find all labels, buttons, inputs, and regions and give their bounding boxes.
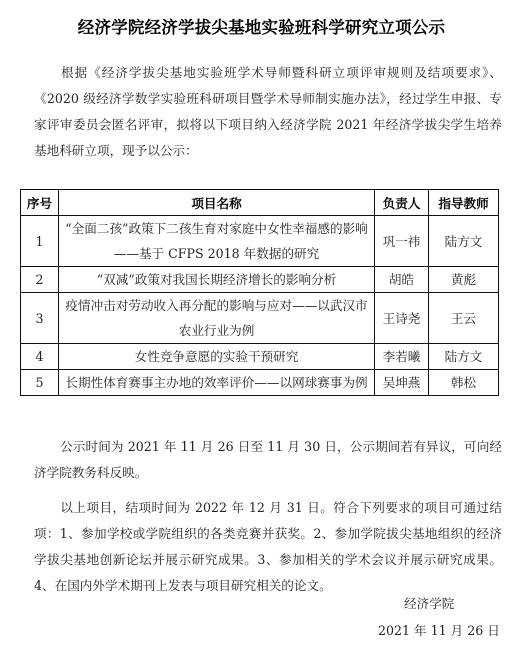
table-row: 1 “全面二孩”政策下二孩生育对家庭中女性幸福感的影响——基于 CFPS 201… (21, 216, 499, 267)
cell-project-name: “双减”政策对我国长期经济增长的影响分析 (59, 267, 375, 293)
cell-leader: 王诗尧 (375, 293, 429, 344)
header-advisor: 指导教师 (429, 190, 499, 216)
table-row: 5 长期性体育赛事主办地的效率评价——以网球赛事为例 吴坤燕 韩松 (21, 370, 499, 396)
cell-leader: 吴坤燕 (375, 370, 429, 396)
cell-advisor: 韩松 (429, 370, 499, 396)
table-row: 2 “双减”政策对我国长期经济增长的影响分析 胡皓 黄彪 (21, 267, 499, 293)
notice-period-text: 公示时间为 2021 年 11 月 26 日至 11 月 30 日，公示期间若有… (34, 439, 502, 480)
table-header-row: 序号 项目名称 负责人 指导教师 (21, 190, 499, 216)
cell-advisor: 黄彪 (429, 267, 499, 293)
cell-seq: 2 (21, 267, 59, 293)
header-leader: 负责人 (375, 190, 429, 216)
cell-advisor: 陆方文 (429, 216, 499, 267)
page-title: 经济学院经济学拔尖基地实验班科学研究立项公示 (0, 14, 523, 38)
table-row: 3 疫情冲击对劳动收入再分配的影响与应对——以武汉市农业行业为例 王诗尧 王云 (21, 293, 499, 344)
cell-project-name: “全面二孩”政策下二孩生育对家庭中女性幸福感的影响——基于 CFPS 2018 … (59, 216, 375, 267)
cell-seq: 4 (21, 344, 59, 370)
header-seq: 序号 (21, 190, 59, 216)
cell-seq: 1 (21, 216, 59, 267)
cell-leader: 李若曦 (375, 344, 429, 370)
cell-leader: 巩一祎 (375, 216, 429, 267)
completion-paragraph: 以上项目，结项时间为 2022 年 12 月 31 日。符合下列要求的项目可通过… (34, 495, 502, 599)
cell-project-name: 女性竞争意愿的实验干预研究 (59, 344, 375, 370)
cell-advisor: 王云 (429, 293, 499, 344)
cell-advisor: 陆方文 (429, 344, 499, 370)
intro-text: 根据《经济学拔尖基地实验班学术导师暨科研立项评审规则及结项要求》、《2020 级… (34, 65, 502, 158)
projects-table: 序号 项目名称 负责人 指导教师 1 “全面二孩”政策下二孩生育对家庭中女性幸福… (20, 189, 499, 396)
cell-project-name: 疫情冲击对劳动收入再分配的影响与应对——以武汉市农业行业为例 (59, 293, 375, 344)
table-row: 4 女性竞争意愿的实验干预研究 李若曦 陆方文 (21, 344, 499, 370)
completion-text: 以上项目，结项时间为 2022 年 12 月 31 日。符合下列要求的项目可通过… (34, 500, 502, 593)
cell-seq: 3 (21, 293, 59, 344)
header-project-name: 项目名称 (59, 190, 375, 216)
cell-project-name: 长期性体育赛事主办地的效率评价——以网球赛事为例 (59, 370, 375, 396)
cell-leader: 胡皓 (375, 267, 429, 293)
cell-seq: 5 (21, 370, 59, 396)
notice-period-paragraph: 公示时间为 2021 年 11 月 26 日至 11 月 30 日，公示期间若有… (34, 434, 502, 486)
signature-date: 2021 年 11 月 26 日 (378, 620, 523, 639)
intro-paragraph: 根据《经济学拔尖基地实验班学术导师暨科研立项评审规则及结项要求》、《2020 级… (34, 60, 502, 164)
signature-org: 经济学院 (404, 593, 523, 612)
